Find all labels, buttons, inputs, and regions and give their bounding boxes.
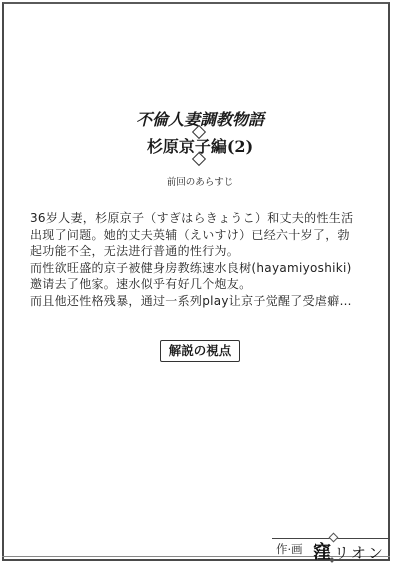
author-given-name: リオン [334,544,385,562]
synopsis-line: 而性欲旺盛的京子被健身房教练速水良树(hayamiyoshiki) [30,260,380,277]
author-surname: 窪 [313,542,331,563]
synopsis-line: 出现了问题。她的丈夫英辅（えいすけ）已经六十岁了，勃 [30,227,380,244]
synopsis-line: 邀请去了他家。速水似乎有好几个炮友。 [30,276,380,293]
commentary-button[interactable]: 解説の視点 [160,340,240,362]
credit-role-label: 作·画 [276,541,303,557]
synopsis-line: 而且他还性格残暴，通过一系列play让京子觉醒了受虐癖… [30,293,380,310]
synopsis-line: 起功能不全，无法进行普通的性行为。 [30,243,380,260]
recap-heading: 前回のあらすじ [0,174,400,188]
synopsis-text: 36岁人妻，杉原京子（すぎはらきょうこ）和丈夫的性生活 出现了问题。她的丈夫英辅… [30,210,380,309]
synopsis-line: 36岁人妻，杉原京子（すぎはらきょうこ）和丈夫的性生活 [30,210,380,227]
credit-author: 窪リオン [313,538,385,564]
